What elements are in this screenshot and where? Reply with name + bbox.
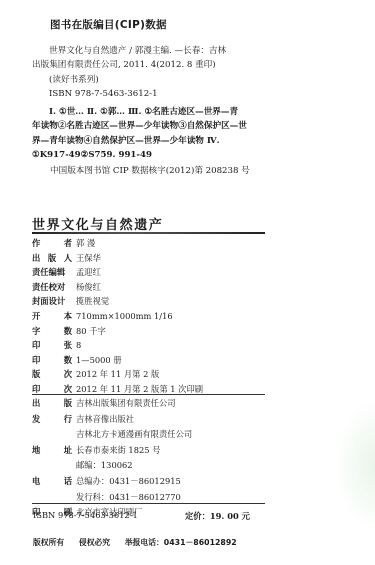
info-value: 揽胜视觉 [76,294,292,309]
isbn: ISBN 978-7-5463-3612-1 [33,510,185,522]
info-value: 王保华 [76,251,292,266]
label-char: 作 [32,236,40,251]
cip-record-line: ISBN 978-7-5463-3612-1 [32,87,282,101]
copyright-reserved: 版权所有 [33,538,64,547]
label-char: 数 [64,353,72,368]
label-char: 封面设计 [32,294,65,309]
section-rule [32,503,265,504]
info-label: 封面设计 [32,294,76,309]
info-row: 印数1—5000 册 [32,353,292,368]
isbn-price-row: ISBN 978-7-5463-3612-1 定价：19. 00 元 [33,510,273,522]
info-row: 责任校对杨俊红 [32,280,292,295]
label-char: 版 [48,251,56,266]
label-char: 责任校对 [32,280,65,295]
label-char: 责任编辑 [32,265,65,280]
section-rule [32,394,265,395]
title-rule [32,232,265,234]
cip-record: 世界文化与自然遗产 / 郭漫主编. —长春：吉林 出版集团有限责任公司, 201… [32,44,282,101]
info-label: 开本 [32,309,76,324]
info-row: 电话总编办：0431－86012915 [32,474,292,490]
info-row: 封面设计揽胜视觉 [32,294,292,309]
copyright-page: 图书在版编目(CIP)数据 世界文化与自然遗产 / 郭漫主编. —长春：吉林 出… [0,0,375,565]
info-label: 责任校对 [32,280,76,295]
label-char: 出 [32,396,40,412]
info-row: 责任编辑孟迎红 [32,265,292,280]
info-label: 地址 [32,443,76,459]
book-title: 世界文化与自然遗产 [32,214,163,233]
info-row: 字数80 千字 [32,324,292,339]
label-char: 地 [32,443,40,459]
info-label: 印数 [32,353,76,368]
label-char: 版 [32,367,40,382]
cip-record-line: 出版集团有限责任公司, 2011. 4(2012. 8 重印) [32,58,282,72]
label-char: 张 [64,338,72,353]
info-value: 郭 漫 [76,236,292,251]
price: 定价：19. 00 元 [185,510,250,522]
info-value: 长春市泰来街 1825 号 [76,443,292,459]
cip-class-line: 界—青年读物④自然保护区—世界—少年读物 Ⅳ. [32,134,282,148]
info-row: 出版人王保华 [32,251,292,266]
info-label: 出版人 [32,251,76,266]
label-char: 本 [64,309,72,324]
label-char: 出 [32,251,40,266]
info-row: 作者郭 漫 [32,236,292,251]
label-char: 开 [32,309,40,324]
paper-tint [335,400,375,530]
label-char: 人 [64,251,72,266]
info-value: 吉林北方卡通漫画有限责任公司 [76,427,292,443]
infringement-notice: 侵权必究 [79,538,110,547]
info-value: 80 千字 [76,324,292,339]
info-row: 吉林北方卡通漫画有限责任公司 [32,427,292,443]
label-char: 版 [64,396,72,412]
copyright-notice: 版权所有 侵权必究 举报电话：0431－86012892 [33,537,249,548]
label-char: 次 [64,367,72,382]
info-label [32,458,76,474]
info-label [32,427,76,443]
info-row: 版次2012 年 11 月第 2 版 [32,367,292,382]
info-value: 孟迎红 [76,265,292,280]
info-label: 印张 [32,338,76,353]
info-row: 地址长春市泰来街 1825 号 [32,443,292,459]
info-row: 开本710mm×1000mm 1/16 [32,309,292,324]
cip-record-line: 世界文化与自然遗产 / 郭漫主编. —长春：吉林 [32,44,282,58]
label-char: 者 [64,236,72,251]
credits-section: 作者郭 漫出版人王保华责任编辑孟迎红责任校对杨俊红封面设计揽胜视觉开本710mm… [32,236,292,397]
info-label: 字数 [32,324,76,339]
label-char: 话 [64,474,72,490]
info-label: 电话 [32,474,76,490]
label-char: 发 [32,412,40,428]
info-row: 印张8 [32,338,292,353]
info-value: 710mm×1000mm 1/16 [76,309,292,324]
cip-class-line: 年读物②名胜古迹区—世界—少年读物③自然保护区—世 [32,119,282,133]
label-char: 数 [64,324,72,339]
cip-heading: 图书在版编目(CIP)数据 [50,17,167,32]
info-row: 出版吉林出版集团有限责任公司 [32,396,292,412]
label-char: 印 [32,338,40,353]
cip-number: 中国版本图书馆 CIP 数据核字(2012)第 208238 号 [50,164,250,176]
info-value: 总编办：0431－86012915 [76,474,292,490]
label-char: 址 [64,443,72,459]
label-char: 印 [32,353,40,368]
info-label: 发行 [32,412,76,428]
info-value: 吉林出版集团有限责任公司 [76,396,292,412]
label-char: 行 [64,412,72,428]
info-label: 出版 [32,396,76,412]
label-char: 字 [32,324,40,339]
cip-class-line: ①K917-49②S759. 991-49 [32,148,282,162]
info-row: 邮编：130062 [32,458,292,474]
label-char: 电 [32,474,40,490]
info-label: 责任编辑 [32,265,76,280]
cip-record-line: (读好书系列) [32,73,282,87]
cip-class-line: Ⅰ. ①世… Ⅱ. ①郭… Ⅲ. ①名胜古迹区—世界—青 [32,105,282,119]
info-value: 吉林音像出版社 [76,412,292,428]
info-value: 邮编：130062 [76,458,292,474]
info-value: 8 [76,338,292,353]
report-phone: 举报电话：0431－86012892 [125,538,237,547]
info-label: 作者 [32,236,76,251]
info-label: 版次 [32,367,76,382]
cip-classification: Ⅰ. ①世… Ⅱ. ①郭… Ⅲ. ①名胜古迹区—世界—青 年读物②名胜古迹区—世… [32,105,282,162]
info-value: 1—5000 册 [76,353,292,368]
info-value: 杨俊红 [76,280,292,295]
info-row: 发行吉林音像出版社 [32,412,292,428]
info-value: 2012 年 11 月第 2 版 [76,367,292,382]
